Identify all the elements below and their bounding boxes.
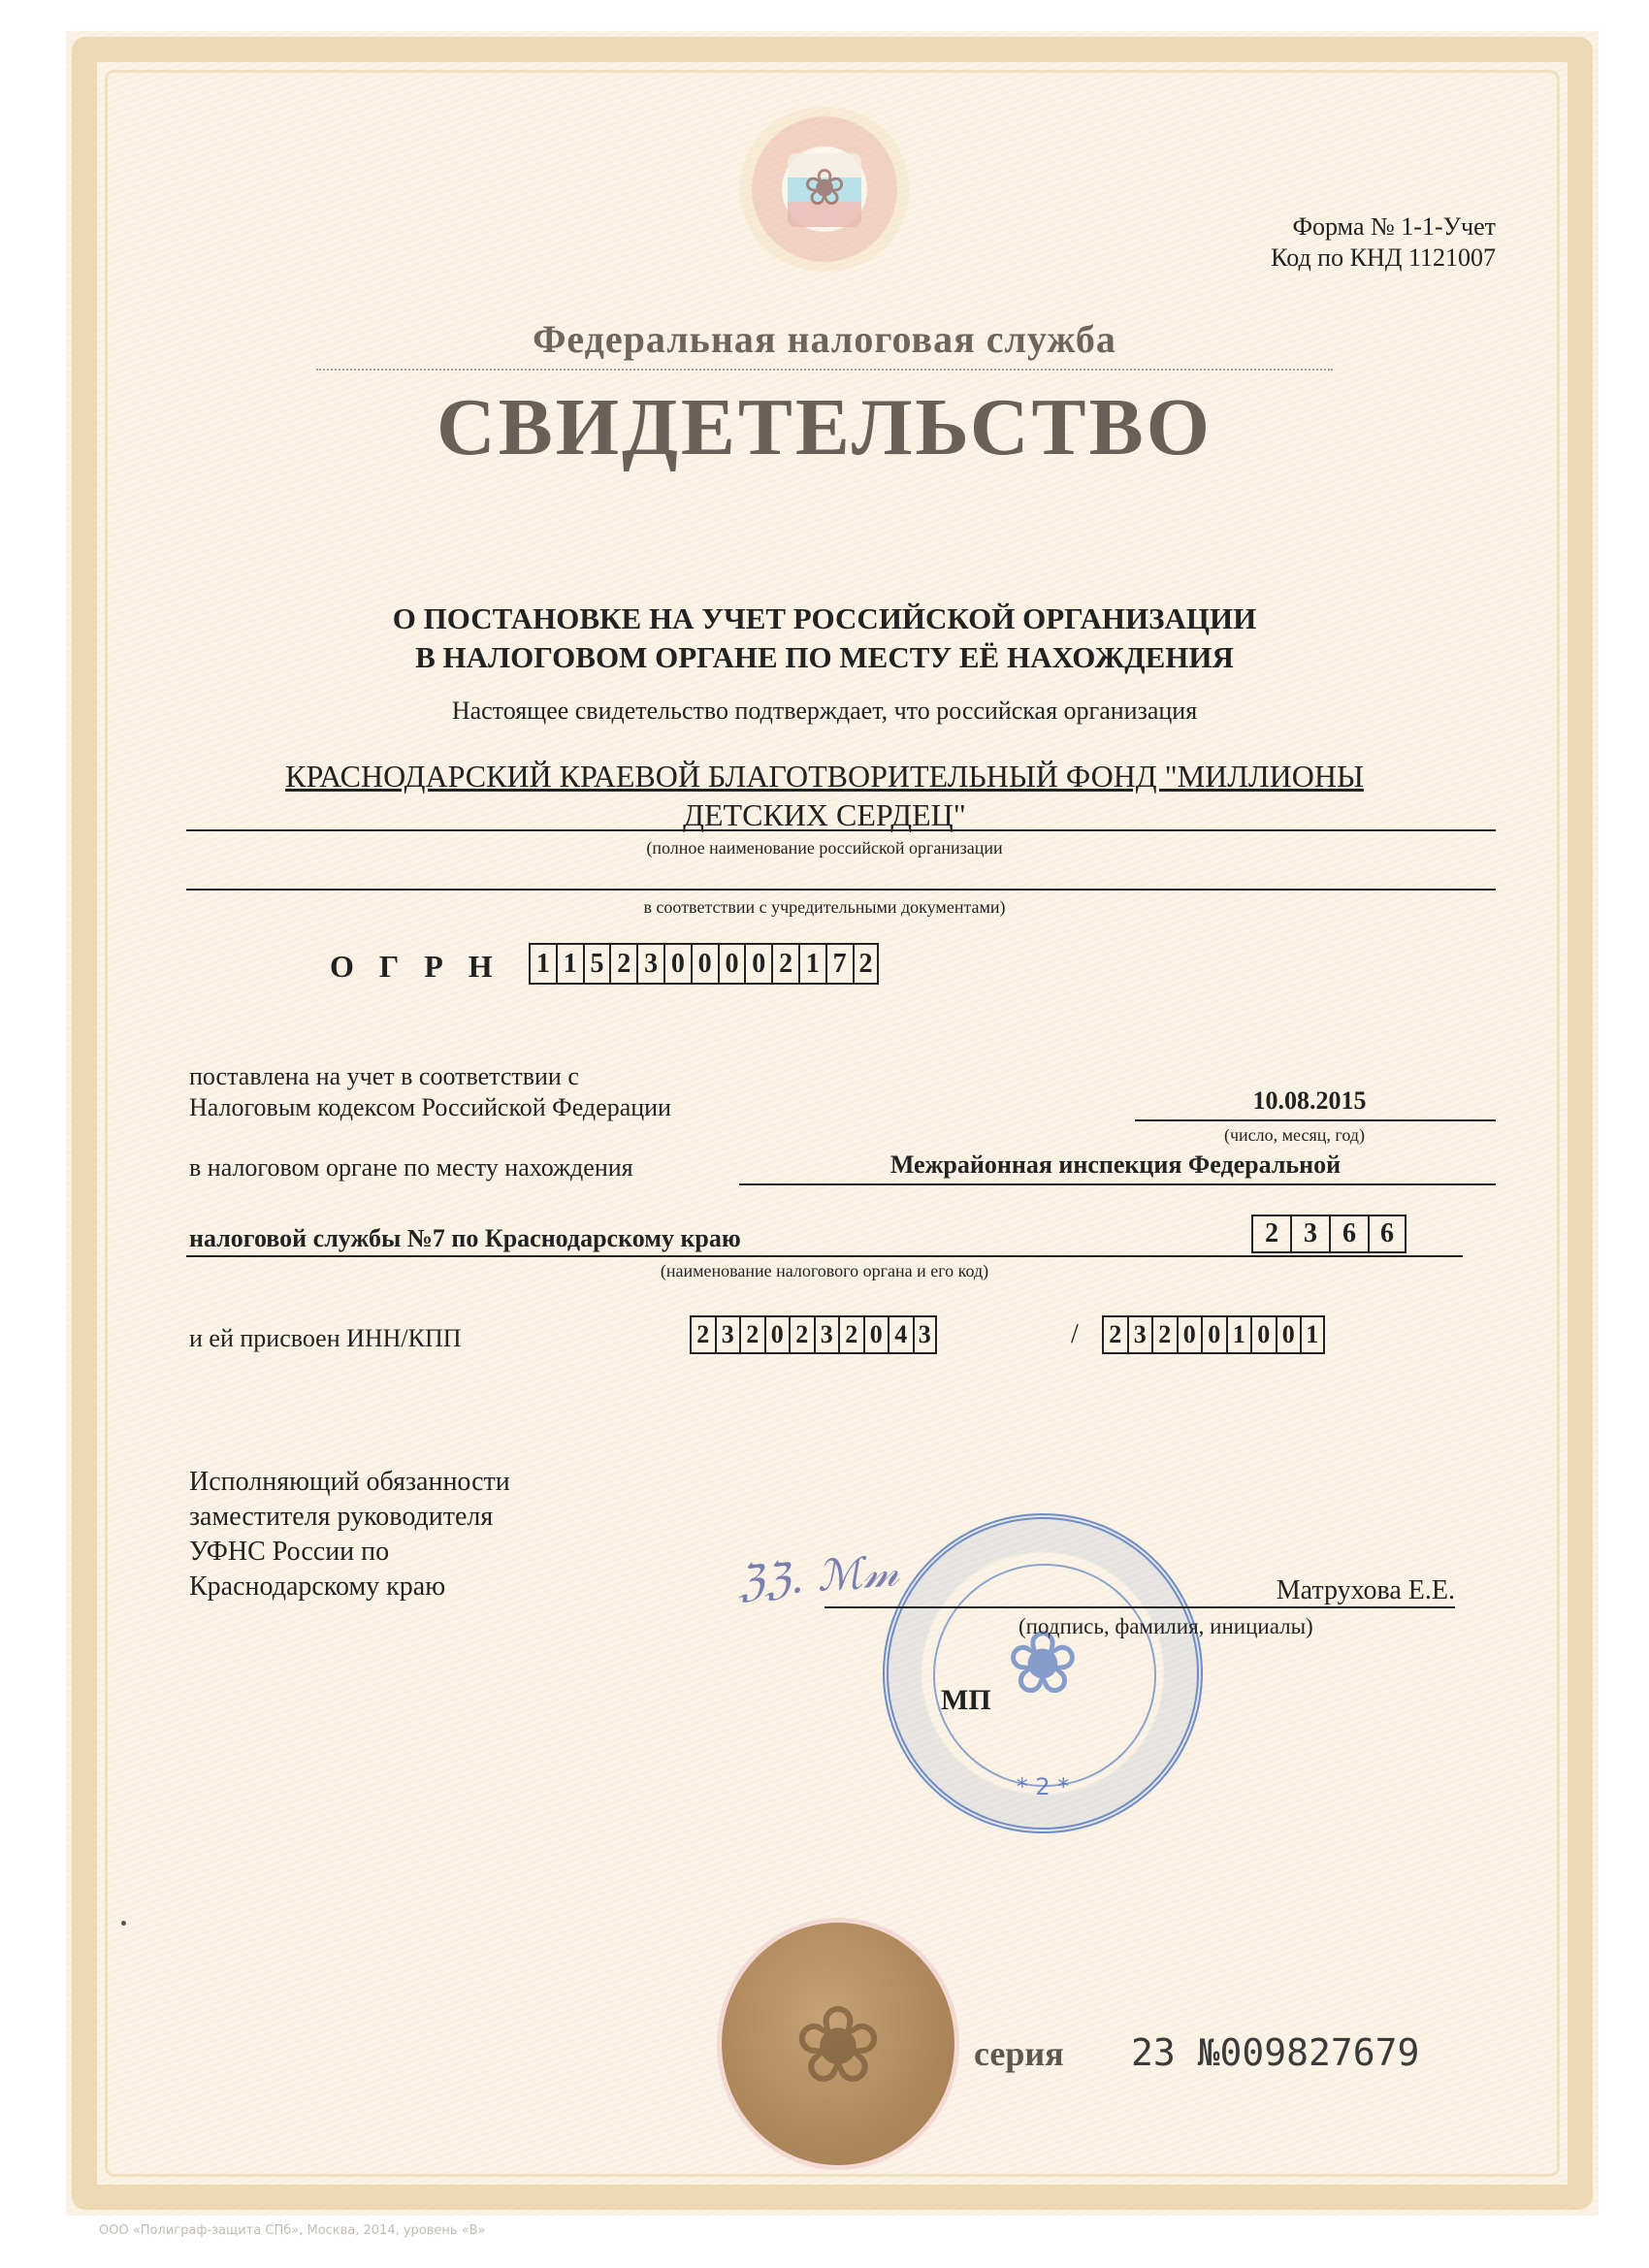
inn-kpp-separator: /	[1071, 1319, 1079, 1350]
document-title: СВИДЕТЕЛЬСТВО	[0, 380, 1649, 474]
gold-seal: ❀	[722, 1923, 954, 2165]
series-number: 23 №009827679	[1131, 2031, 1419, 2074]
inn-digit: 2	[739, 1315, 764, 1354]
registered-text: поставлена на учет в соответствии с Нало…	[189, 1061, 671, 1123]
authority-underline	[739, 1183, 1496, 1185]
registered-line: Налоговым кодексом Российской Федерации	[189, 1092, 671, 1123]
ogrn-digit: 7	[825, 943, 853, 985]
intro-text: Настоящее свидетельство подтверждает, чт…	[0, 697, 1649, 726]
kpp-digit: 2	[1102, 1315, 1127, 1354]
ogrn-digit: 1	[529, 943, 556, 985]
kpp-digit: 0	[1276, 1315, 1301, 1354]
kpp-digit: 1	[1300, 1315, 1325, 1354]
authority-code-digit: 2	[1251, 1215, 1290, 1253]
ogrn-digit: 0	[718, 943, 745, 985]
ogrn-field: 1152300002172	[529, 943, 879, 985]
kpp-digit: 2	[1151, 1315, 1177, 1354]
signer-title-line: Исполняющий обязанности	[189, 1465, 510, 1500]
date-caption: (число, месяц, год)	[1224, 1125, 1365, 1146]
inn-digit: 2	[789, 1315, 814, 1354]
authority-code-digit: 6	[1329, 1215, 1368, 1253]
org-caption-1: (полное наименование российской организа…	[0, 838, 1649, 859]
inn-digit: 2	[838, 1315, 863, 1354]
date-underline	[1135, 1119, 1496, 1121]
org-name-line: ДЕТСКИХ СЕРДЕЦ"	[272, 795, 1377, 834]
kpp-digit: 1	[1226, 1315, 1251, 1354]
org-caption-2: в соответствии с учредительными документ…	[0, 897, 1649, 918]
org-name-line: КРАСНОДАРСКИЙ КРАЕВОЙ БЛАГОТВОРИТЕЛЬНЫЙ …	[272, 757, 1377, 795]
form-number: Форма № 1-1-Учет	[1271, 211, 1496, 243]
fns-emblem-icon: ❀	[737, 107, 912, 272]
authority-name-line2: налоговой службы №7 по Краснодарскому кр…	[189, 1224, 741, 1253]
authority-code-digit: 3	[1290, 1215, 1329, 1253]
registration-date: 10.08.2015	[1135, 1086, 1484, 1116]
agency-name: Федеральная налоговая служба	[0, 316, 1649, 362]
eagle-icon: ❀	[737, 159, 912, 217]
inn-digit: 0	[764, 1315, 790, 1354]
organization-name: КРАСНОДАРСКИЙ КРАЕВОЙ БЛАГОТВОРИТЕЛЬНЫЙ …	[272, 757, 1377, 834]
official-stamp: ❀ * 2 *	[883, 1513, 1203, 1833]
series-label: серия	[974, 2033, 1064, 2074]
signer-title-line: Краснодарскому краю	[189, 1570, 510, 1604]
inn-digit: 2	[690, 1315, 715, 1354]
kpp-digit: 0	[1250, 1315, 1276, 1354]
document-subtitle: О ПОСТАНОВКЕ НА УЧЕТ РОССИЙСКОЙ ОРГАНИЗА…	[0, 599, 1649, 677]
ogrn-digit: 0	[663, 943, 691, 985]
printer-imprint: ООО «Полиграф-защита СПб», Москва, 2014,…	[99, 2223, 486, 2238]
inn-kpp-label: и ей присвоен ИНН/КПП	[189, 1323, 462, 1354]
divider	[316, 369, 1333, 371]
form-info: Форма № 1-1-Учет Код по КНД 1121007	[1271, 211, 1496, 274]
kpp-digit: 0	[1201, 1315, 1226, 1354]
authority-underline-2	[186, 1255, 1463, 1257]
ogrn-digit: 0	[744, 943, 771, 985]
authority-code-digit: 6	[1368, 1215, 1406, 1253]
authority-code-field: 2366	[1251, 1215, 1406, 1253]
signer-title: Исполняющий обязанности заместителя руко…	[189, 1465, 510, 1604]
signature-underline	[824, 1606, 1455, 1608]
ogrn-digit: 0	[691, 943, 718, 985]
org-name-underline	[186, 829, 1496, 831]
subtitle-line: О ПОСТАНОВКЕ НА УЧЕТ РОССИЙСКОЙ ОРГАНИЗА…	[0, 599, 1649, 638]
signer-title-line: заместителя руководителя	[189, 1500, 510, 1535]
inn-digit: 3	[913, 1315, 938, 1354]
kpp-digit: 3	[1127, 1315, 1152, 1354]
subtitle-line: В НАЛОГОВОМ ОРГАНЕ ПО МЕСТУ ЕЁ НАХОЖДЕНИ…	[0, 638, 1649, 677]
seal-eagle-icon: ❀	[722, 1983, 954, 2108]
ogrn-digit: 2	[771, 943, 798, 985]
kpp-digit: 0	[1177, 1315, 1202, 1354]
inn-digit: 4	[888, 1315, 913, 1354]
authority-name-line1: Межрайонная инспекция Федеральной	[737, 1150, 1494, 1180]
ogrn-digit: 3	[636, 943, 663, 985]
ogrn-digit: 2	[853, 943, 880, 985]
kpp-field: 232001001	[1102, 1315, 1325, 1354]
inn-digit: 3	[715, 1315, 740, 1354]
signature-caption: (подпись, фамилия, инициалы)	[1018, 1614, 1313, 1639]
seal-place-label: МП	[941, 1684, 991, 1717]
knd-code: Код по КНД 1121007	[1271, 243, 1496, 274]
signer-name: Матрухова Е.Е.	[1277, 1575, 1455, 1606]
ogrn-digit: 1	[798, 943, 825, 985]
speck	[121, 1921, 126, 1926]
org-name-underline-2	[186, 889, 1496, 891]
ogrn-label: ОГРН	[330, 949, 518, 985]
inn-field: 2320232043	[690, 1315, 937, 1354]
signer-title-line: УФНС России по	[189, 1535, 510, 1570]
authority-label: в налоговом органе по месту нахождения	[189, 1152, 633, 1183]
ogrn-digit: 2	[609, 943, 636, 985]
ogrn-digit: 5	[583, 943, 610, 985]
authority-caption: (наименование налогового органа и его ко…	[0, 1261, 1649, 1281]
stamp-number: * 2 *	[889, 1773, 1197, 1800]
registered-line: поставлена на учет в соответствии с	[189, 1061, 671, 1092]
ogrn-digit: 1	[556, 943, 583, 985]
inn-digit: 3	[814, 1315, 839, 1354]
inn-digit: 0	[863, 1315, 889, 1354]
